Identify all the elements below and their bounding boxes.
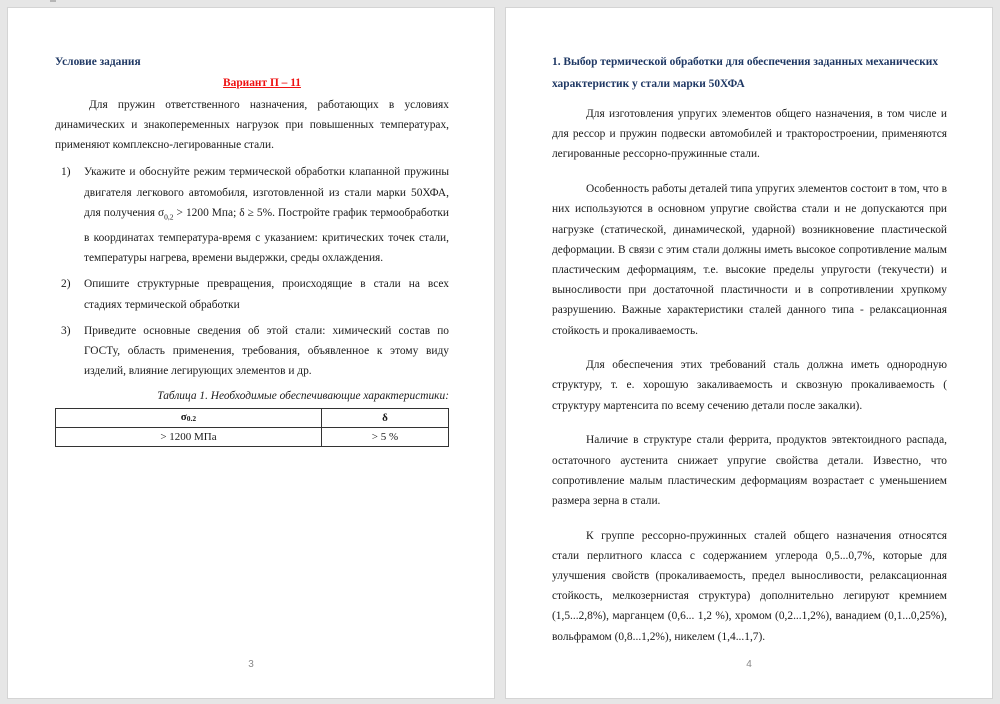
document-page-4: 1. Выбор термической обработки для обесп… [506, 8, 992, 698]
table-cell: > 1200 МПа [56, 428, 322, 447]
task-number: 2) [61, 274, 71, 294]
characteristics-table: σ0.2 δ > 1200 МПа > 5 % [55, 408, 449, 447]
table-row: > 1200 МПа > 5 % [56, 428, 449, 447]
table-header-row: σ0.2 δ [56, 409, 449, 428]
task-item-2: 2)Опишите структурные превращения, проис… [61, 274, 449, 315]
ruler-marker [50, 0, 56, 2]
task-item-3: 3)Приведите основные сведения об этой ст… [61, 321, 449, 382]
body-paragraph: Наличие в структуре стали феррита, проду… [552, 430, 947, 511]
body-paragraph: Особенность работы деталей типа упругих … [552, 179, 947, 341]
page-number: 4 [506, 659, 992, 670]
task-item-1: 1)Укажите и обоснуйте режим термической … [61, 162, 449, 268]
task-number: 3) [61, 321, 71, 341]
task-number: 1) [61, 162, 71, 182]
section-heading: 1. Выбор термической обработки для обесп… [552, 52, 947, 95]
document-page-3: Условие задания Вариант П – 11 Для пружи… [8, 8, 494, 698]
body-paragraph: К группе рессорно-пружинных сталей общег… [552, 526, 947, 647]
table-cell: > 5 % [321, 428, 448, 447]
page-number: 3 [8, 659, 494, 670]
table-header-cell: δ [321, 409, 448, 428]
task-list: 1)Укажите и обоснуйте режим термической … [55, 162, 449, 381]
table-caption: Таблица 1. Необходимые обеспечивающие ха… [55, 386, 449, 406]
body-paragraph: Для обеспечения этих требований сталь до… [552, 355, 947, 416]
intro-paragraph: Для пружин ответственного назначения, ра… [55, 95, 449, 156]
body-paragraph: Для изготовления упругих элементов общег… [552, 104, 947, 165]
variant-title: Вариант П – 11 [75, 73, 449, 93]
section-heading: Условие задания [55, 52, 449, 72]
table-header-cell: σ0.2 [56, 409, 322, 428]
